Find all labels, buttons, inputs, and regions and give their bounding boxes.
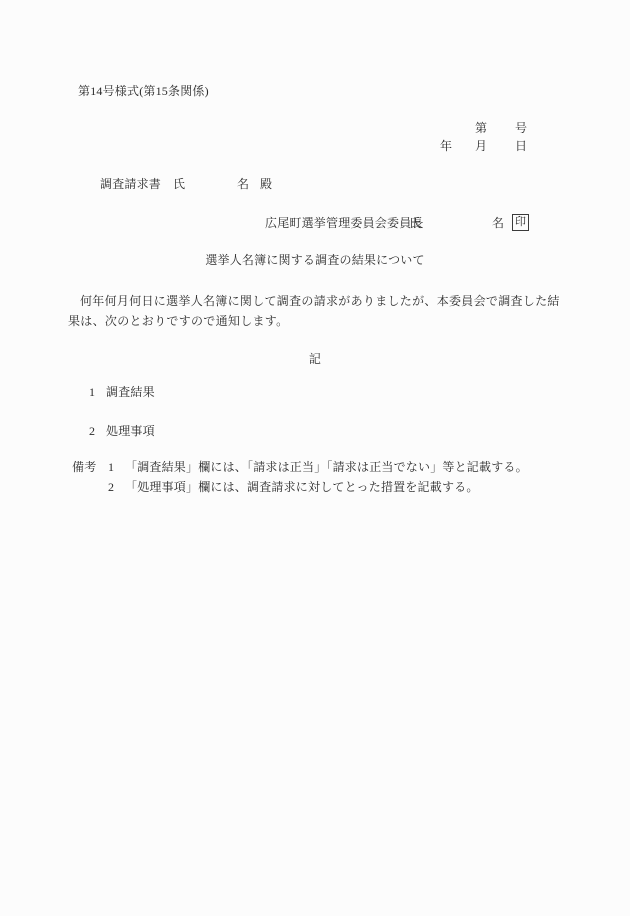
sender-title: 広尾町選挙管理委員会委員長	[265, 215, 424, 231]
item-number: 2	[89, 423, 95, 439]
addressee-givenname-label: 名	[237, 176, 249, 192]
date-year-label: 年	[440, 138, 452, 154]
note-number: 2	[108, 479, 114, 495]
inkan-seal-box: 印	[512, 214, 529, 231]
addressee-label: 調査請求書	[100, 176, 161, 192]
addressee-surname-label: 氏	[173, 176, 185, 192]
doc-number-suffix: 号	[515, 120, 527, 136]
note-text: 「処理事項」欄には、調査請求に対してとった措置を記載する。	[125, 479, 479, 495]
addressee-honorific: 殿	[260, 176, 272, 192]
record-marker: 記	[0, 351, 630, 367]
notes-label: 備考	[72, 459, 96, 475]
note-number: 1	[108, 459, 114, 475]
note-text: 「調査結果」欄には、「請求は正当」「請求は正当でない」等と記載する。	[125, 459, 528, 475]
doc-number-prefix: 第	[475, 120, 487, 136]
sender-givenname-label: 名	[492, 215, 504, 231]
document-page: 第14号様式(第15条関係) 第 号 年 月 日 調査請求書 氏 名 殿 広尾町…	[0, 0, 630, 916]
item-label: 処理事項	[106, 423, 155, 439]
item-number: 1	[89, 384, 95, 400]
sender-surname-label: 氏	[409, 215, 421, 231]
body-paragraph: 何年何月何日に選挙人名簿に関して調査の請求がありましたが、本委員会で調査した結果…	[68, 292, 568, 331]
date-day-label: 日	[515, 138, 527, 154]
date-month-label: 月	[475, 138, 487, 154]
subject-title: 選挙人名簿に関する調査の結果について	[0, 252, 630, 268]
item-label: 調査結果	[106, 384, 155, 400]
form-number: 第14号様式(第15条関係)	[78, 83, 209, 99]
